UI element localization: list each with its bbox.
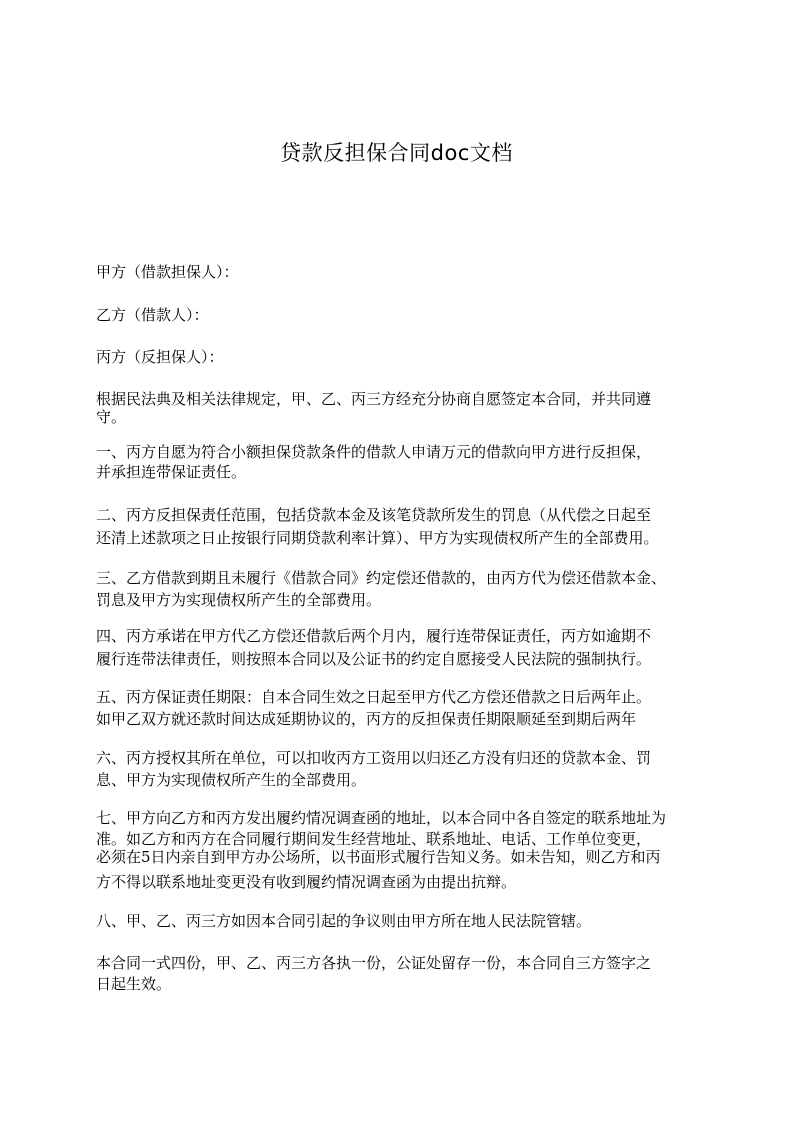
text-line: 履行连带法律责任，则按照本合同以及公证书的约定自愿接受人民法院的强制执行。 — [96, 649, 716, 670]
paragraph-clause-2: 二、丙方反担保责任范围，包括贷款本金及该笔贷款所发生的罚息（从代偿之日起至 还清… — [96, 505, 716, 549]
paragraph-closing: 本合同一式四份，甲、乙、丙三方各执一份，公证处留存一份，本合同自三方签字之 日起… — [96, 953, 716, 995]
text-line: 必须在5日内亲自到甲方办公场所，以书面形式履行告知义务。如未告知，则乙方和丙 — [96, 847, 716, 868]
paragraph-clause-8: 八、甲、乙、丙三方如因本合同引起的争议则由甲方所在地人民法院管辖。 — [96, 911, 716, 932]
text-line: 八、甲、乙、丙三方如因本合同引起的争议则由甲方所在地人民法院管辖。 — [96, 911, 716, 932]
text-line: 如甲乙双方就还款时间达成延期协议的，丙方的反担保责任期限顺延至到期后两年 — [96, 709, 716, 730]
text-line: 并承担连带保证责任。 — [96, 462, 716, 483]
text-line: 守。 — [96, 407, 716, 428]
text-line: 五、丙方保证责任期限：自本合同生效之日起至甲方代乙方偿还借款之日后两年止。 — [96, 687, 716, 708]
text-line: 根据民法典及相关法律规定，甲、乙、丙三方经充分协商自愿签定本合同，并共同遵 — [96, 389, 716, 410]
text-line: 还清上述款项之日止按银行同期贷款利率计算）、甲方为实现债权所产生的全部费用。 — [96, 528, 716, 549]
document-title: 贷款反担保合同doc文档 — [0, 138, 793, 168]
paragraph-party-a: 甲方（借款担保人）： — [96, 262, 716, 283]
text-line: 六、丙方授权其所在单位，可以扣收丙方工资用以归还乙方没有归还的贷款本金、罚 — [96, 748, 716, 769]
text-line: 方不得以联系地址变更没有收到履约情况调查函为由提出抗辩。 — [96, 872, 716, 893]
text-line: 日起生效。 — [96, 974, 716, 995]
text-line: 一、丙方自愿为符合小额担保贷款条件的借款人申请万元的借款向甲方进行反担保， — [96, 442, 716, 463]
text-line: 四、丙方承诺在甲方代乙方偿还借款后两个月内，履行连带保证责任，丙方如逾期不 — [96, 626, 716, 647]
text-line: 乙方（借款人）： — [96, 305, 716, 326]
paragraph-party-c: 丙方（反担保人）： — [96, 347, 716, 368]
paragraph-clause-7: 七、甲方向乙方和丙方发出履约情况调查函的地址，以本合同中各自签定的联系地址为 准… — [96, 808, 716, 893]
text-line: 本合同一式四份，甲、乙、丙三方各执一份，公证处留存一份，本合同自三方签字之 — [96, 953, 716, 974]
text-line: 七、甲方向乙方和丙方发出履约情况调查函的地址，以本合同中各自签定的联系地址为 — [96, 808, 716, 829]
text-line: 息、甲方为实现债权所产生的全部费用。 — [96, 770, 716, 791]
paragraph-clause-1: 一、丙方自愿为符合小额担保贷款条件的借款人申请万元的借款向甲方进行反担保， 并承… — [96, 442, 716, 483]
text-line: 三、乙方借款到期且未履行《借款合同》约定偿还借款的，由丙方代为偿还借款本金、 — [96, 568, 716, 589]
text-line: 甲方（借款担保人）： — [96, 262, 716, 283]
paragraph-clause-3: 三、乙方借款到期且未履行《借款合同》约定偿还借款的，由丙方代为偿还借款本金、 罚… — [96, 568, 716, 611]
paragraph-preamble: 根据民法典及相关法律规定，甲、乙、丙三方经充分协商自愿签定本合同，并共同遵 守。 — [96, 389, 716, 428]
paragraph-clause-6: 六、丙方授权其所在单位，可以扣收丙方工资用以归还乙方没有归还的贷款本金、罚 息、… — [96, 748, 716, 791]
text-line: 二、丙方反担保责任范围，包括贷款本金及该笔贷款所发生的罚息（从代偿之日起至 — [96, 505, 716, 526]
paragraph-clause-5: 五、丙方保证责任期限：自本合同生效之日起至甲方代乙方偿还借款之日后两年止。 如甲… — [96, 687, 716, 730]
paragraph-clause-4: 四、丙方承诺在甲方代乙方偿还借款后两个月内，履行连带保证责任，丙方如逾期不 履行… — [96, 626, 716, 670]
paragraph-party-b: 乙方（借款人）： — [96, 305, 716, 326]
text-line: 罚息及甲方为实现债权所产生的全部费用。 — [96, 590, 716, 611]
text-line: 丙方（反担保人）： — [96, 347, 716, 368]
document-page: 贷款反担保合同doc文档 甲方（借款担保人）： 乙方（借款人）： 丙方（反担保人… — [0, 0, 793, 1122]
